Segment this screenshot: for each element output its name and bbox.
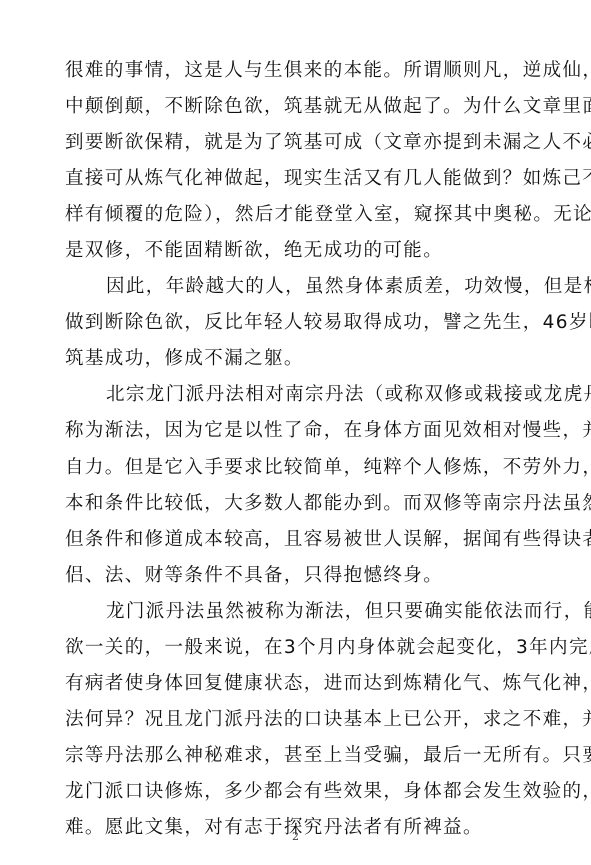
document-page: 很难的事情，这是人与生俱来的本能。所谓顺则凡，逆成仙，只在其 中颠倒颠，不断除色… xyxy=(0,0,591,865)
paragraph-3: 北宗龙门派丹法相对南宗丹法（或称双修或栽接或龙虎丹法）被 称为渐法，因为它是以性… xyxy=(65,377,519,593)
text-line: 本和条件比较低，大多数人都能办到。而双修等南宗丹法虽然见效快， xyxy=(65,486,519,522)
text-line: 到要断欲保精，就是为了筑基可成（文章亦提到未漏之人不必筑基， xyxy=(65,125,519,161)
text-line: 筑基成功，修成不漏之躯。 xyxy=(65,341,519,377)
text-line-indented: 因此，年龄越大的人，虽然身体素质差，功效慢，但是相对容易 xyxy=(65,269,519,305)
paragraph-2: 因此，年龄越大的人，虽然身体素质差，功效慢，但是相对容易 做到断除色欲，反比年轻… xyxy=(65,269,519,377)
paragraph-4: 龙门派丹法虽然被称为渐法，但只要确实能依法而行，能闯过情 欲一关的，一般来说，在… xyxy=(65,594,519,846)
text-line: 但条件和修道成本较高，且容易被世人误解，据闻有些得诀者因地、 xyxy=(65,522,519,558)
page-body: 很难的事情，这是人与生俱来的本能。所谓顺则凡，逆成仙，只在其 中颠倒颠，不断除色… xyxy=(65,53,519,846)
text-line: 欲一关的，一般来说，在3个月内身体就会起变化，3年内完成筑基， xyxy=(65,630,519,666)
text-line: 自力。但是它入手要求比较简单，纯粹个人修炼，不劳外力，修道成 xyxy=(65,450,519,486)
text-line: 样有倾覆的危险），然后才能登堂入室，窥探其中奥秘。无论清修或 xyxy=(65,197,519,233)
text-line: 宗等丹法那么神秘难求，甚至上当受骗，最后一无所有。只要认真按 xyxy=(65,738,519,774)
text-line: 是双修，不能固精断欲，绝无成功的可能。 xyxy=(65,233,519,269)
text-line: 法何异？况且龙门派丹法的口诀基本上已公开，求之不难，并不像南 xyxy=(65,702,519,738)
text-line: 直接可从炼气化神做起，现实生活又有几人能做到？如炼己不纯，同 xyxy=(65,161,519,197)
text-line: 有病者使身体回复健康状态，进而达到炼精化气、炼气化神，其与顿 xyxy=(65,666,519,702)
text-line: 做到断除色欲，反比年轻人较易取得成功，譬之先生，46岁断欲修道， xyxy=(65,305,519,341)
page-number: 2 xyxy=(0,830,591,843)
text-line: 侣、法、财等条件不具备，只得抱憾终身。 xyxy=(65,558,519,594)
text-line: 称为渐法，因为它是以性了命，在身体方面见效相对慢些，并且纯靠 xyxy=(65,413,519,449)
text-line-indented: 龙门派丹法虽然被称为渐法，但只要确实能依法而行，能闯过情 xyxy=(65,594,519,630)
text-line: 中颠倒颠，不断除色欲，筑基就无从做起了。为什么文章里面多次提 xyxy=(65,89,519,125)
text-line: 龙门派口诀修炼，多少都会有些效果，身体都会发生效验的，健康不 xyxy=(65,774,519,810)
paragraph-1: 很难的事情，这是人与生俱来的本能。所谓顺则凡，逆成仙，只在其 中颠倒颠，不断除色… xyxy=(65,53,519,269)
text-line-indented: 北宗龙门派丹法相对南宗丹法（或称双修或栽接或龙虎丹法）被 xyxy=(65,377,519,413)
text-line: 很难的事情，这是人与生俱来的本能。所谓顺则凡，逆成仙，只在其 xyxy=(65,53,519,89)
